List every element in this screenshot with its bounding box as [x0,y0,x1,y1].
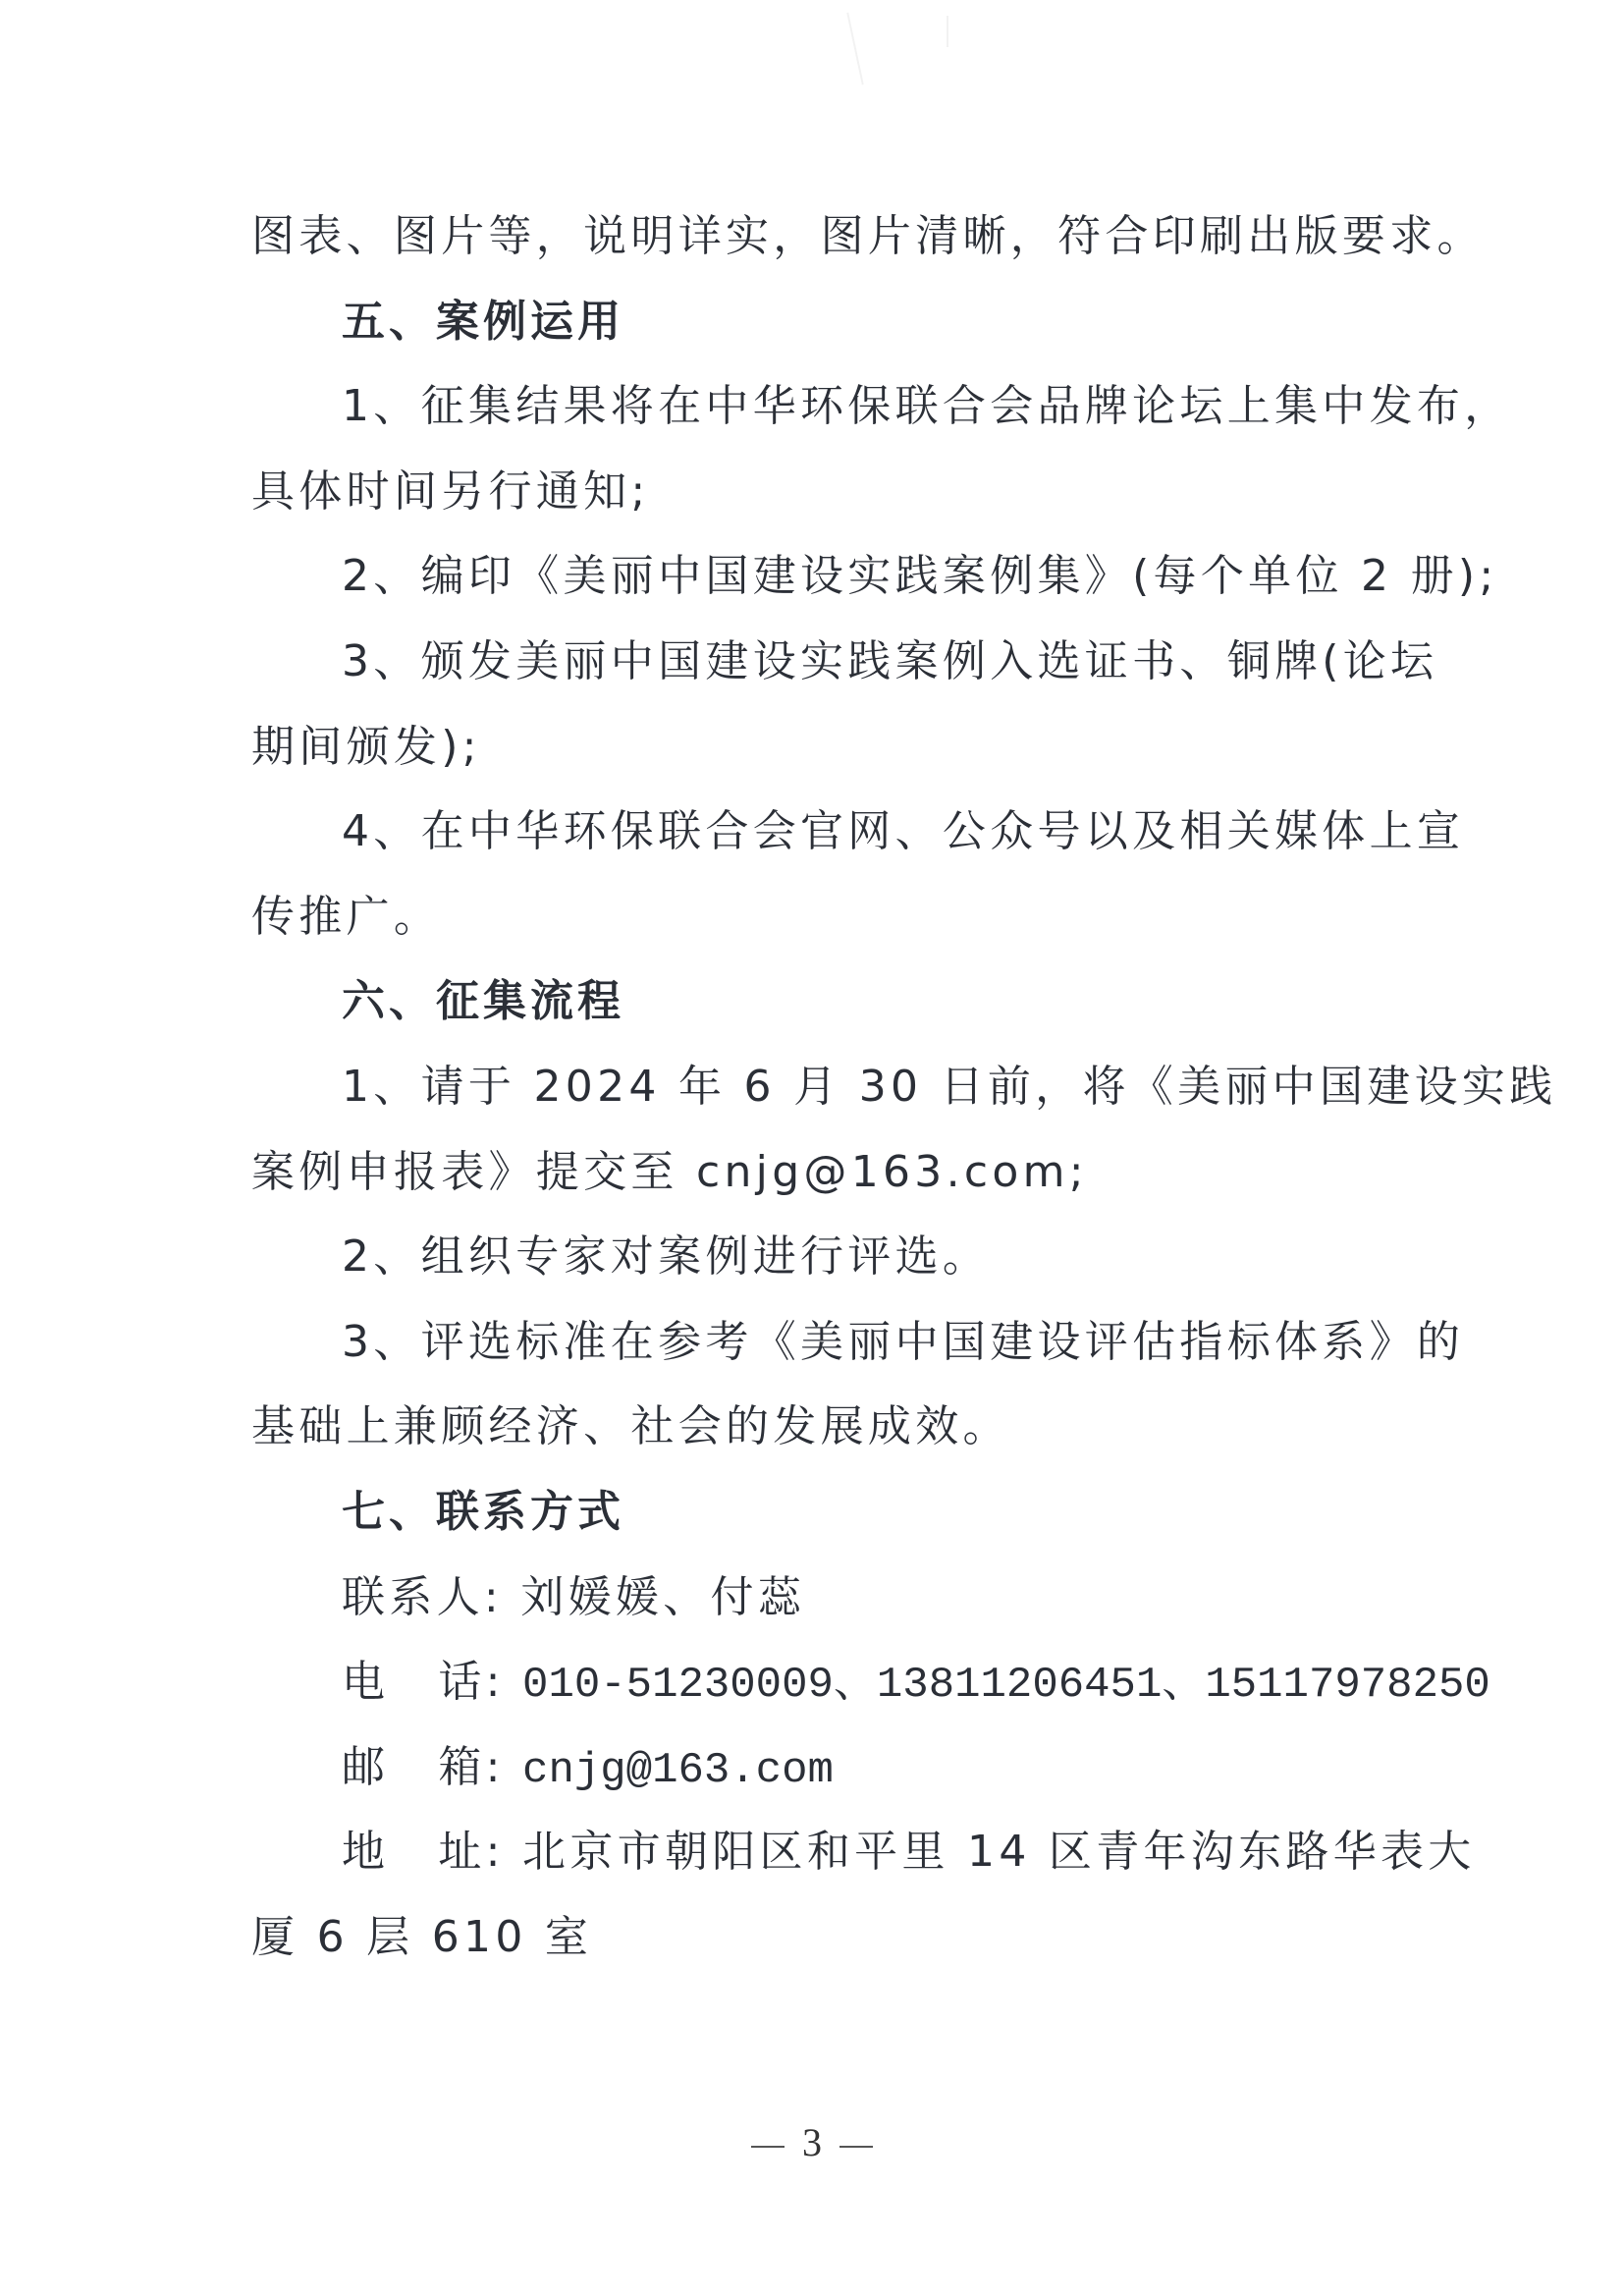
list-item-3: 3、评选标准在参考《美丽中国建设评估指标体系》的 [251,1313,1386,1398]
list-item-3: 3、颁发美丽中国建设实践案例入选证书、铜牌(论坛 [251,632,1386,718]
section-heading-collection-process: 六、征集流程 [251,972,1386,1058]
contact-person-row: 联系人: 刘媛媛、付蕊 [251,1568,1386,1654]
document-page: 图表、图片等，说明详实，图片清晰，符合印刷出版要求。 五、案例运用 1、征集结果… [0,0,1624,2296]
list-item-1: 1、征集结果将在中华环保联合会品牌论坛上集中发布， [251,377,1386,463]
contact-phone-value: 010-51230009、13811206451、15117978250 [522,1661,1490,1710]
address-label-char-2: 址: [438,1827,504,1877]
scan-artifact [947,16,948,47]
list-item-4: 4、在中华环保联合会官网、公众号以及相关媒体上宣 [251,802,1386,888]
paragraph-continuation: 具体时间另行通知; [251,463,1386,548]
email-label-char-1: 邮 [342,1742,389,1792]
list-item-2: 2、组织专家对案例进行评选。 [251,1228,1386,1313]
document-body: 图表、图片等，说明详实，图片清晰，符合印刷出版要求。 五、案例运用 1、征集结果… [251,207,1386,1993]
address-label-char-1: 地 [342,1827,389,1877]
dash-decoration [839,2146,873,2148]
contact-address-value: 北京市朝阳区和平里 14 区青年沟东路华表大 [522,1827,1476,1877]
paragraph-continuation: 案例申报表》提交至 cnjg@163.com; [251,1143,1386,1229]
list-item-2: 2、编印《美丽中国建设实践案例集》(每个单位 2 册); [251,547,1386,632]
phone-label-char-1: 电 [342,1657,389,1707]
phone-label-char-2: 话: [438,1657,504,1707]
contact-address-continuation: 厦 6 层 610 室 [251,1908,1386,1994]
contact-address-row: 地址: 北京市朝阳区和平里 14 区青年沟东路华表大 [251,1823,1386,1908]
list-item-1: 1、请于 2024 年 6 月 30 日前，将《美丽中国建设实践 [251,1058,1386,1143]
section-heading-case-usage: 五、案例运用 [251,293,1386,378]
contact-email-value: cnjg@163.com [522,1746,834,1795]
page-number: 3 [802,2120,822,2164]
scan-artifact [846,13,864,85]
contact-email-row: 邮箱: cnjg@163.com [251,1738,1386,1824]
section-heading-contact: 七、联系方式 [251,1483,1386,1568]
contact-person-label: 联系人: [342,1572,503,1622]
paragraph-continuation: 图表、图片等，说明详实，图片清晰，符合印刷出版要求。 [251,207,1386,293]
dash-decoration [751,2146,785,2148]
paragraph-continuation: 基础上兼顾经济、社会的发展成效。 [251,1397,1386,1483]
contact-person-value: 刘媛媛、付蕊 [520,1572,805,1622]
email-label-char-2: 箱: [438,1742,504,1792]
paragraph-continuation: 传推广。 [251,888,1386,973]
contact-phone-row: 电话: 010-51230009、13811206451、15117978250 [251,1653,1386,1738]
page-number-footer: 3 [0,2119,1624,2165]
paragraph-continuation: 期间颁发); [251,718,1386,803]
